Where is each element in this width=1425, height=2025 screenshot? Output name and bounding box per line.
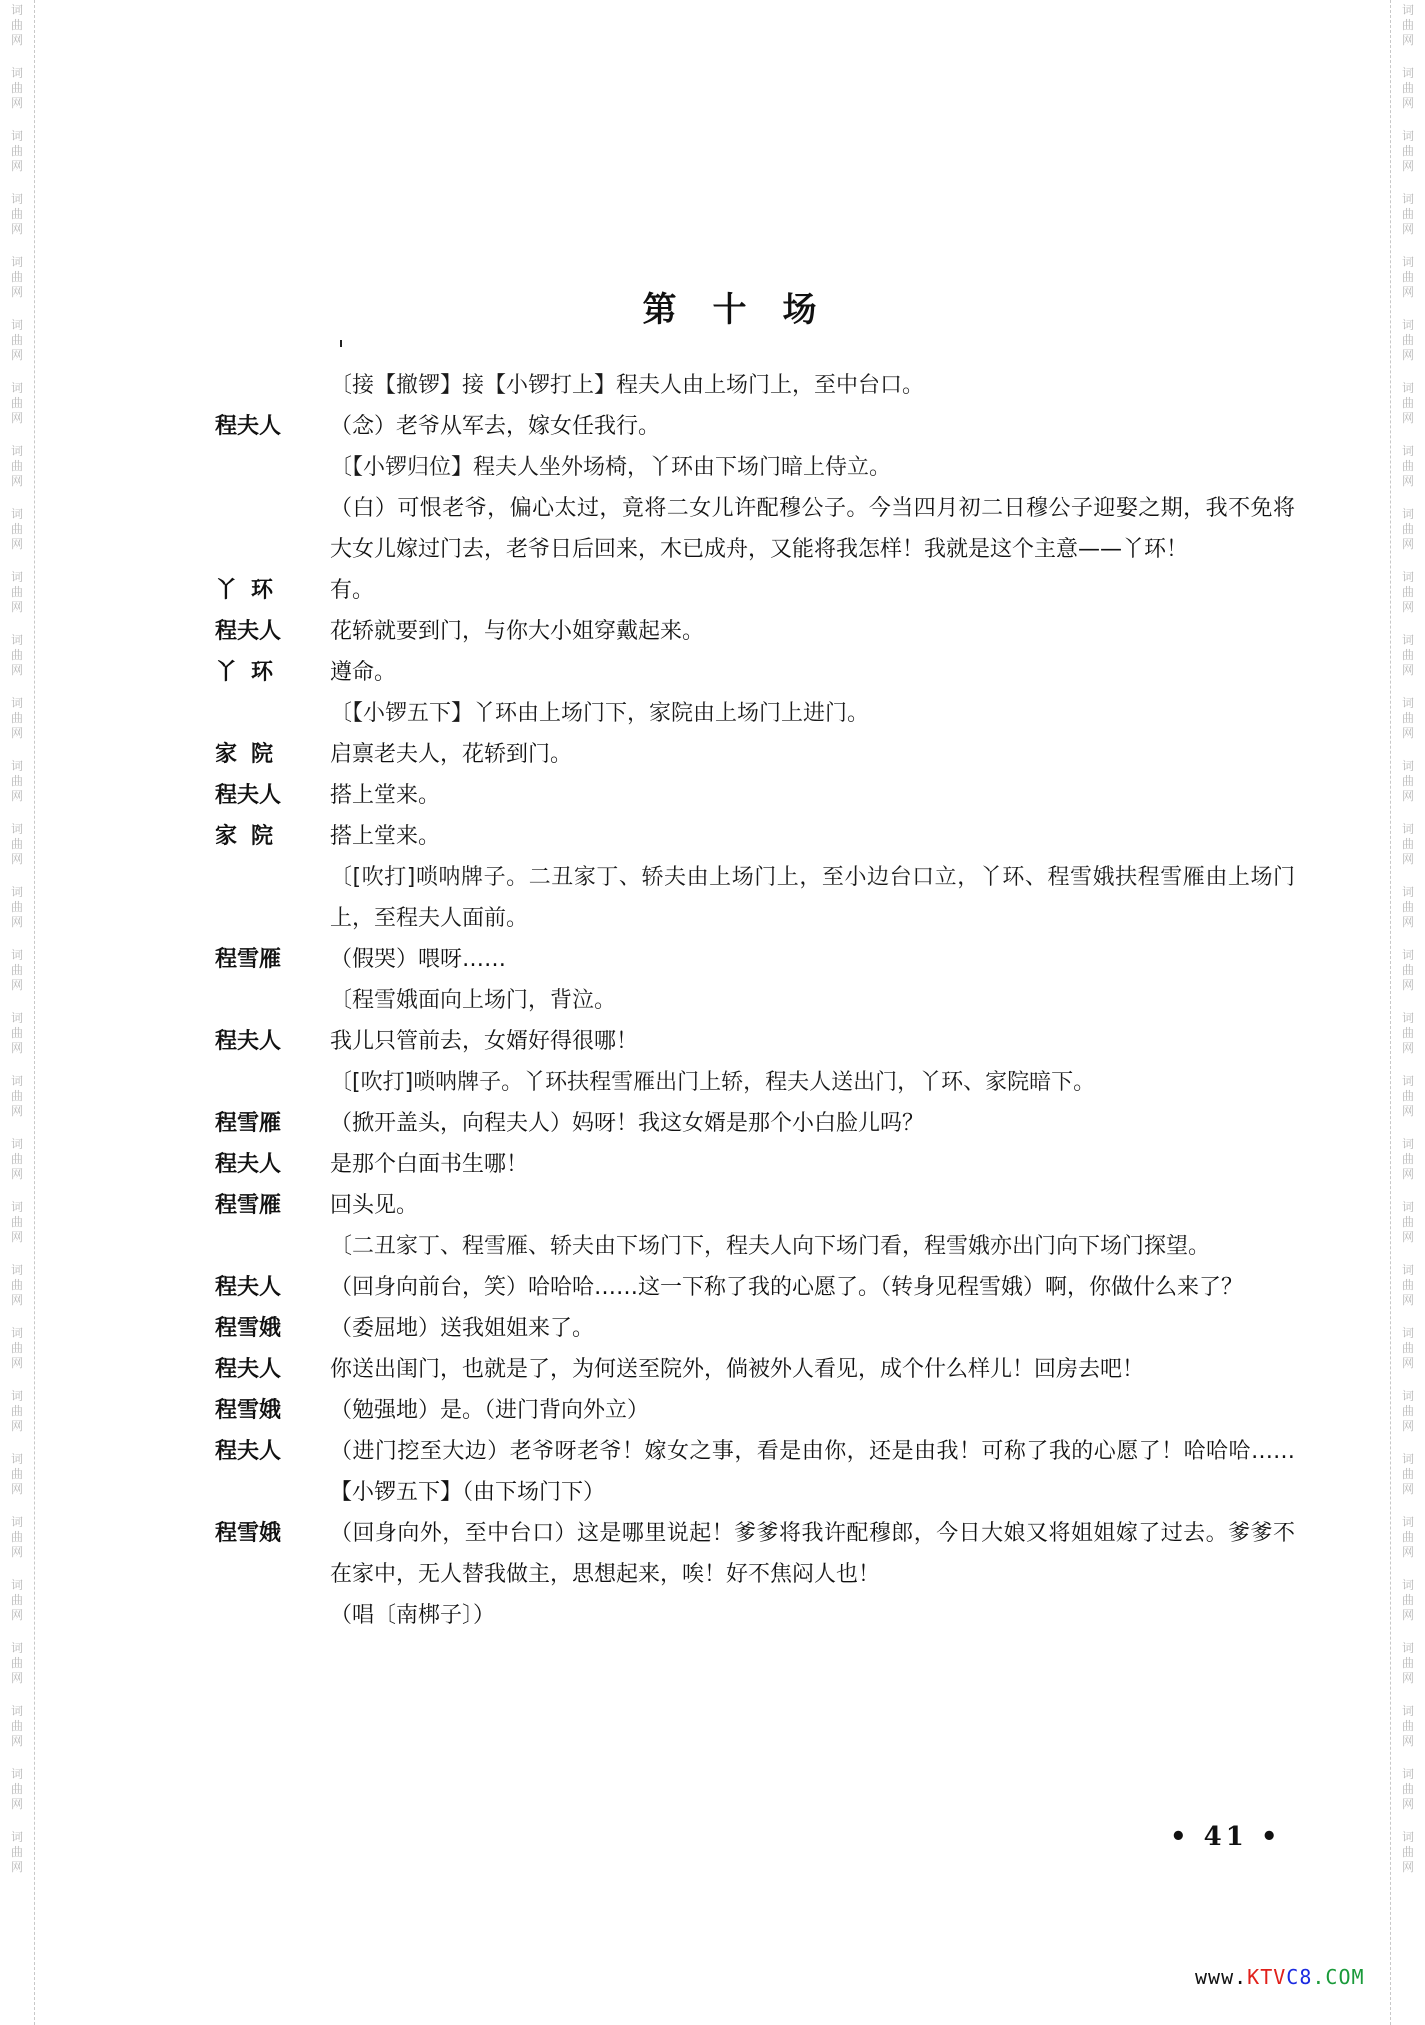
speaker-name: 程雪娥 <box>215 1308 330 1349</box>
line-text: 〔[吹打]唢呐牌子。丫环扶程雪雁出门上轿，程夫人送出门，丫环、家院暗下。 <box>330 1062 1295 1103</box>
stage-direction: 〔【小锣归位】程夫人坐外场椅，丫环由下场门暗上侍立。 <box>215 447 1295 488</box>
speaker-name: 程雪雁 <box>215 939 330 980</box>
script-line: 程雪娥 （回身向外，至中台口）这是哪里说起！爹爹将我许配穆郎，今日大娘又将姐姐嫁… <box>215 1513 1295 1595</box>
speaker-name: 程夫人 <box>215 1144 330 1185</box>
script-line: 程夫人 花轿就要到门，与你大小姐穿戴起来。 <box>215 611 1295 652</box>
line-text: （念）老爷从军去，嫁女任我行。 <box>330 406 1295 447</box>
line-text: 搭上堂来。 <box>330 816 1295 857</box>
speaker-name: 家院 <box>215 816 330 857</box>
script-line: 程夫人 是那个白面书生哪！ <box>215 1144 1295 1185</box>
speaker-name: 程夫人 <box>215 1349 330 1390</box>
script-line: 程雪雁 （假哭）喂呀…… <box>215 939 1295 980</box>
stage-direction: 〔【小锣五下】丫环由上场门下，家院由上场门上进门。 <box>215 693 1295 734</box>
script-line: 程夫人 （念）老爷从军去，嫁女任我行。 <box>215 406 1295 447</box>
speaker-name: 程雪娥 <box>215 1390 330 1431</box>
line-text: 〔接【撤锣】接【小锣打上】程夫人由上场门上，至中台口。 <box>330 365 1295 406</box>
script-line: 程夫人 我儿只管前去，女婿好得很哪！ <box>215 1021 1295 1062</box>
document-page: 第十场 〔接【撤锣】接【小锣打上】程夫人由上场门上，至中台口。 程夫人 （念）老… <box>0 0 1425 2025</box>
line-text: （回身向前台，笑）哈哈哈……这一下称了我的心愿了。（转身见程雪娥）啊，你做什么来… <box>330 1267 1295 1308</box>
line-text: 启禀老夫人，花轿到门。 <box>330 734 1295 775</box>
stage-direction: 〔[吹打]唢呐牌子。丫环扶程雪雁出门上轿，程夫人送出门，丫环、家院暗下。 <box>215 1062 1295 1103</box>
speaker-name: 家院 <box>215 734 330 775</box>
line-text: 〔程雪娥面向上场门，背泣。 <box>330 980 1295 1021</box>
line-text: （进门挖至大边）老爷呀老爷！嫁女之事，看是由你，还是由我！可称了我的心愿了！哈哈… <box>330 1431 1295 1513</box>
line-text: （假哭）喂呀…… <box>330 939 1295 980</box>
speaker-name: 程夫人 <box>215 1021 330 1062</box>
line-text: （委屈地）送我姐姐来了。 <box>330 1308 1295 1349</box>
line-text: 我儿只管前去，女婿好得很哪！ <box>330 1021 1295 1062</box>
script-line: （白）可恨老爷，偏心太过，竟将二女儿许配穆公子。今当四月初二日穆公子迎娶之期，我… <box>215 488 1295 570</box>
line-text: （勉强地）是。（进门背向外立） <box>330 1390 1295 1431</box>
script-line: 家院 启禀老夫人，花轿到门。 <box>215 734 1295 775</box>
stage-direction: 〔[吹打]唢呐牌子。二丑家丁、轿夫由上场门上，至小边台口立，丫环、程雪娥扶程雪雁… <box>215 857 1295 939</box>
stage-direction: 〔二丑家丁、程雪雁、轿夫由下场门下，程夫人向下场门看，程雪娥亦出门向下场门探望。 <box>215 1226 1295 1267</box>
script-body: 〔接【撤锣】接【小锣打上】程夫人由上场门上，至中台口。 程夫人 （念）老爷从军去… <box>215 365 1295 1636</box>
speaker-name: 程雪娥 <box>215 1513 330 1554</box>
scene-title: 第十场 <box>0 282 1425 331</box>
url-part-ktv: KTV <box>1247 1965 1286 1989</box>
script-line: 程夫人 （进门挖至大边）老爷呀老爷！嫁女之事，看是由你，还是由我！可称了我的心愿… <box>215 1431 1295 1513</box>
line-text: （回身向外，至中台口）这是哪里说起！爹爹将我许配穆郎，今日大娘又将姐姐嫁了过去。… <box>330 1513 1295 1595</box>
script-line: 家院 搭上堂来。 <box>215 816 1295 857</box>
line-text: 〔二丑家丁、程雪雁、轿夫由下场门下，程夫人向下场门看，程雪娥亦出门向下场门探望。 <box>330 1226 1295 1267</box>
url-part-c8: C8 <box>1286 1965 1312 1989</box>
line-text: 回头见。 <box>330 1185 1295 1226</box>
speaker-name: 程夫人 <box>215 1267 330 1308</box>
speaker-name: 程雪雁 <box>215 1103 330 1144</box>
page-number: • 41 • <box>1170 1822 1282 1852</box>
speaker-name: 程夫人 <box>215 775 330 816</box>
speaker-name: 程夫人 <box>215 406 330 447</box>
script-line: （唱〔南梆子〕） <box>215 1595 1295 1636</box>
line-text: （掀开盖头，向程夫人）妈呀！我这女婿是那个小白脸儿吗？ <box>330 1103 1295 1144</box>
line-text: 是那个白面书生哪！ <box>330 1144 1295 1185</box>
line-text: 遵命。 <box>330 652 1295 693</box>
line-text: 你送出闺门，也就是了，为何送至院外，倘被外人看见，成个什么样儿！回房去吧！ <box>330 1349 1295 1390</box>
site-url-watermark: www.KTVC8.COM <box>1195 1965 1365 1989</box>
line-text: 〔【小锣归位】程夫人坐外场椅，丫环由下场门暗上侍立。 <box>330 447 1295 488</box>
speaker-name: 丫环 <box>215 570 330 611</box>
line-text: 〔[吹打]唢呐牌子。二丑家丁、轿夫由上场门上，至小边台口立，丫环、程雪娥扶程雪雁… <box>330 857 1295 939</box>
script-line: 丫环 有。 <box>215 570 1295 611</box>
speaker-name: 程雪雁 <box>215 1185 330 1226</box>
script-line: 程夫人 （回身向前台，笑）哈哈哈……这一下称了我的心愿了。（转身见程雪娥）啊，你… <box>215 1267 1295 1308</box>
script-line: 程夫人 搭上堂来。 <box>215 775 1295 816</box>
line-text: 〔【小锣五下】丫环由上场门下，家院由上场门上进门。 <box>330 693 1295 734</box>
stage-direction: 〔接【撤锣】接【小锣打上】程夫人由上场门上，至中台口。 <box>215 365 1295 406</box>
speaker-name: 程夫人 <box>215 1431 330 1472</box>
line-text: 花轿就要到门，与你大小姐穿戴起来。 <box>330 611 1295 652</box>
url-part-com: .COM <box>1312 1965 1364 1989</box>
script-line: 程雪娥 （委屈地）送我姐姐来了。 <box>215 1308 1295 1349</box>
script-line: 丫环 遵命。 <box>215 652 1295 693</box>
script-line: 程雪雁 （掀开盖头，向程夫人）妈呀！我这女婿是那个小白脸儿吗？ <box>215 1103 1295 1144</box>
script-line: 程雪娥 （勉强地）是。（进门背向外立） <box>215 1390 1295 1431</box>
stage-direction: 〔程雪娥面向上场门，背泣。 <box>215 980 1295 1021</box>
line-text: （唱〔南梆子〕） <box>330 1595 1295 1636</box>
script-line: 程雪雁 回头见。 <box>215 1185 1295 1226</box>
url-part-www: www. <box>1195 1965 1247 1989</box>
line-text: 搭上堂来。 <box>330 775 1295 816</box>
speaker-name: 程夫人 <box>215 611 330 652</box>
line-text: 有。 <box>330 570 1295 611</box>
line-text: （白）可恨老爷，偏心太过，竟将二女儿许配穆公子。今当四月初二日穆公子迎娶之期，我… <box>330 488 1295 570</box>
print-mark <box>340 340 342 347</box>
speaker-name: 丫环 <box>215 652 330 693</box>
script-line: 程夫人 你送出闺门，也就是了，为何送至院外，倘被外人看见，成个什么样儿！回房去吧… <box>215 1349 1295 1390</box>
